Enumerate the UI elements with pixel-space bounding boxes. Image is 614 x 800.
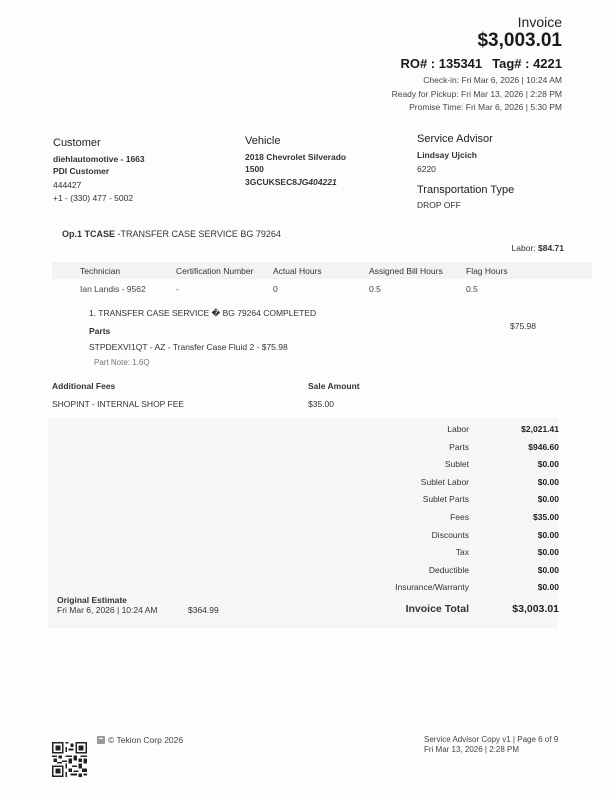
totals-value: $946.60 [528,442,559,452]
advisor-section: Service Advisor Lindsay Ujcich 6220 Tran… [417,133,514,211]
fee-item: SHOPINT - INTERNAL SHOP FEE [52,399,184,409]
totals-row: Sublet Parts$0.00 [299,494,559,511]
totals-row: Fees$35.00 [299,512,559,529]
customer-section: Customer diehlautomotive - 1663 PDI Cust… [53,137,145,204]
totals-label: Sublet Labor [421,477,469,487]
totals-label: Tax [456,547,469,557]
totals-row: Labor$2,021.41 [299,424,559,441]
operation-code: Op.1 TCASE [62,229,115,239]
part-line: STPDEXVI1QT - AZ - Transfer Case Fluid 2… [89,342,288,352]
promise-time: Promise Time: Fri Mar 6, 2026 | 5:30 PM [409,102,562,112]
vin-prefix: 3GCUKSEC8 [245,177,297,187]
footer-copyright: © Tekion Corp 2026 [97,735,183,745]
customer-name: diehlautomotive - 1663 [53,153,145,165]
totals-row: Sublet Labor$0.00 [299,477,559,494]
totals-value: $0.00 [538,582,559,592]
qr-code [52,741,87,778]
customer-id: 444427 [53,179,145,191]
customer-phone: +1 - (330) 477 - 5002 [53,192,145,204]
tech-table-header-bg [52,262,592,279]
td-technician: Ian Landis - 9562 [80,284,146,294]
totals-value: $0.00 [538,530,559,540]
td-actual-hours: 0 [273,284,278,294]
totals-value: $0.00 [538,565,559,575]
totals-label: Fees [450,512,469,522]
th-flag-hours: Flag Hours [466,266,508,276]
parts-amount: $75.98 [510,321,536,331]
totals-label: Labor [447,424,469,434]
totals-label: Insurance/Warranty [395,582,469,592]
vehicle-model-trim: 1500 [245,163,346,175]
fees-heading: Additional Fees [52,381,115,391]
totals-label: Discounts [432,530,469,540]
vehicle-section: Vehicle 2018 Chevrolet Silverado 1500 3G… [245,135,346,188]
printed-date: Fri Mar 13, 2026 | 2:28 PM [424,745,558,755]
tekion-logo-icon [97,736,105,744]
totals-row: Parts$946.60 [299,442,559,459]
vehicle-model: 2018 Chevrolet Silverado [245,151,346,163]
totals-value: $0.00 [538,477,559,487]
totals-label: Parts [449,442,469,452]
totals-row: Deductible$0.00 [299,565,559,582]
ro-number: RO# : 135341 [400,56,482,71]
parts-heading: Parts [89,326,110,336]
advisor-name: Lindsay Ujcich [417,149,514,161]
invoice-total-row: Invoice Total$3,003.01 [299,603,559,620]
labor-label: Labor: [512,243,538,253]
invoice-total-value: $3,003.01 [512,603,559,615]
invoice-total-label: Invoice Total [406,603,469,615]
totals-value: $35.00 [533,512,559,522]
document-title: Invoice [518,14,562,30]
part-note: Part Note: 1.6Q [94,358,150,367]
original-estimate-heading: Original Estimate [57,595,127,605]
totals-value: $0.00 [538,494,559,504]
th-technician: Technician [80,266,120,276]
invoice-amount: $3,003.01 [477,30,562,52]
sale-amount-heading: Sale Amount [308,381,360,391]
totals-value: $0.00 [538,459,559,469]
totals-row: Tax$0.00 [299,547,559,564]
customer-heading: Customer [53,137,145,149]
totals-value: $0.00 [538,547,559,557]
check-in-time: Check-in: Fri Mar 6, 2026 | 10:24 AM [423,75,562,85]
th-certification: Certification Number [176,266,253,276]
footer-page-info: Service Advisor Copy v1 | Page 6 of 9 Fr… [424,735,558,755]
totals-row: Discounts$0.00 [299,530,559,547]
operation-labor: Labor: $84.71 [512,243,564,253]
totals-label: Sublet Parts [423,494,469,504]
advisor-id: 6220 [417,163,514,175]
fee-amount: $35.00 [308,399,334,409]
job-line: 1. TRANSFER CASE SERVICE � BG 79264 COMP… [89,308,316,319]
totals-row: Sublet$0.00 [299,459,559,476]
operation-title: Op.1 TCASE -TRANSFER CASE SERVICE BG 792… [62,229,281,239]
totals-row: Insurance/Warranty$0.00 [299,582,559,599]
vin-suffix: JG404221 [297,177,337,187]
ro-tag-line: RO# : 135341Tag# : 4221 [400,56,562,71]
operation-description: -TRANSFER CASE SERVICE BG 79264 [115,229,281,239]
transport-value: DROP OFF [417,199,514,211]
td-assigned-bill-hours: 0.5 [369,284,381,294]
th-actual-hours: Actual Hours [273,266,322,276]
copy-info: Service Advisor Copy v1 | Page 6 of 9 [424,735,558,745]
original-estimate-amount: $364.99 [188,605,219,615]
customer-type: PDI Customer [53,165,145,177]
vehicle-vin: 3GCUKSEC8JG404221 [245,176,346,188]
td-flag-hours: 0.5 [466,284,478,294]
th-assigned-bill-hours: Assigned Bill Hours [369,266,443,276]
advisor-heading: Service Advisor [417,133,514,145]
totals-label: Deductible [429,565,469,575]
ready-for-pickup-time: Ready for Pickup: Fri Mar 13, 2026 | 2:2… [392,89,562,99]
totals-value: $2,021.41 [521,424,559,434]
vehicle-heading: Vehicle [245,135,346,147]
td-certification: - [176,284,179,294]
labor-value: $84.71 [538,243,564,253]
tag-number: Tag# : 4221 [492,56,562,71]
totals-label: Sublet [445,459,469,469]
copyright-text: © Tekion Corp 2026 [108,735,183,745]
transport-heading: Transportation Type [417,184,514,196]
original-estimate-date: Fri Mar 6, 2026 | 10:24 AM [57,605,157,615]
